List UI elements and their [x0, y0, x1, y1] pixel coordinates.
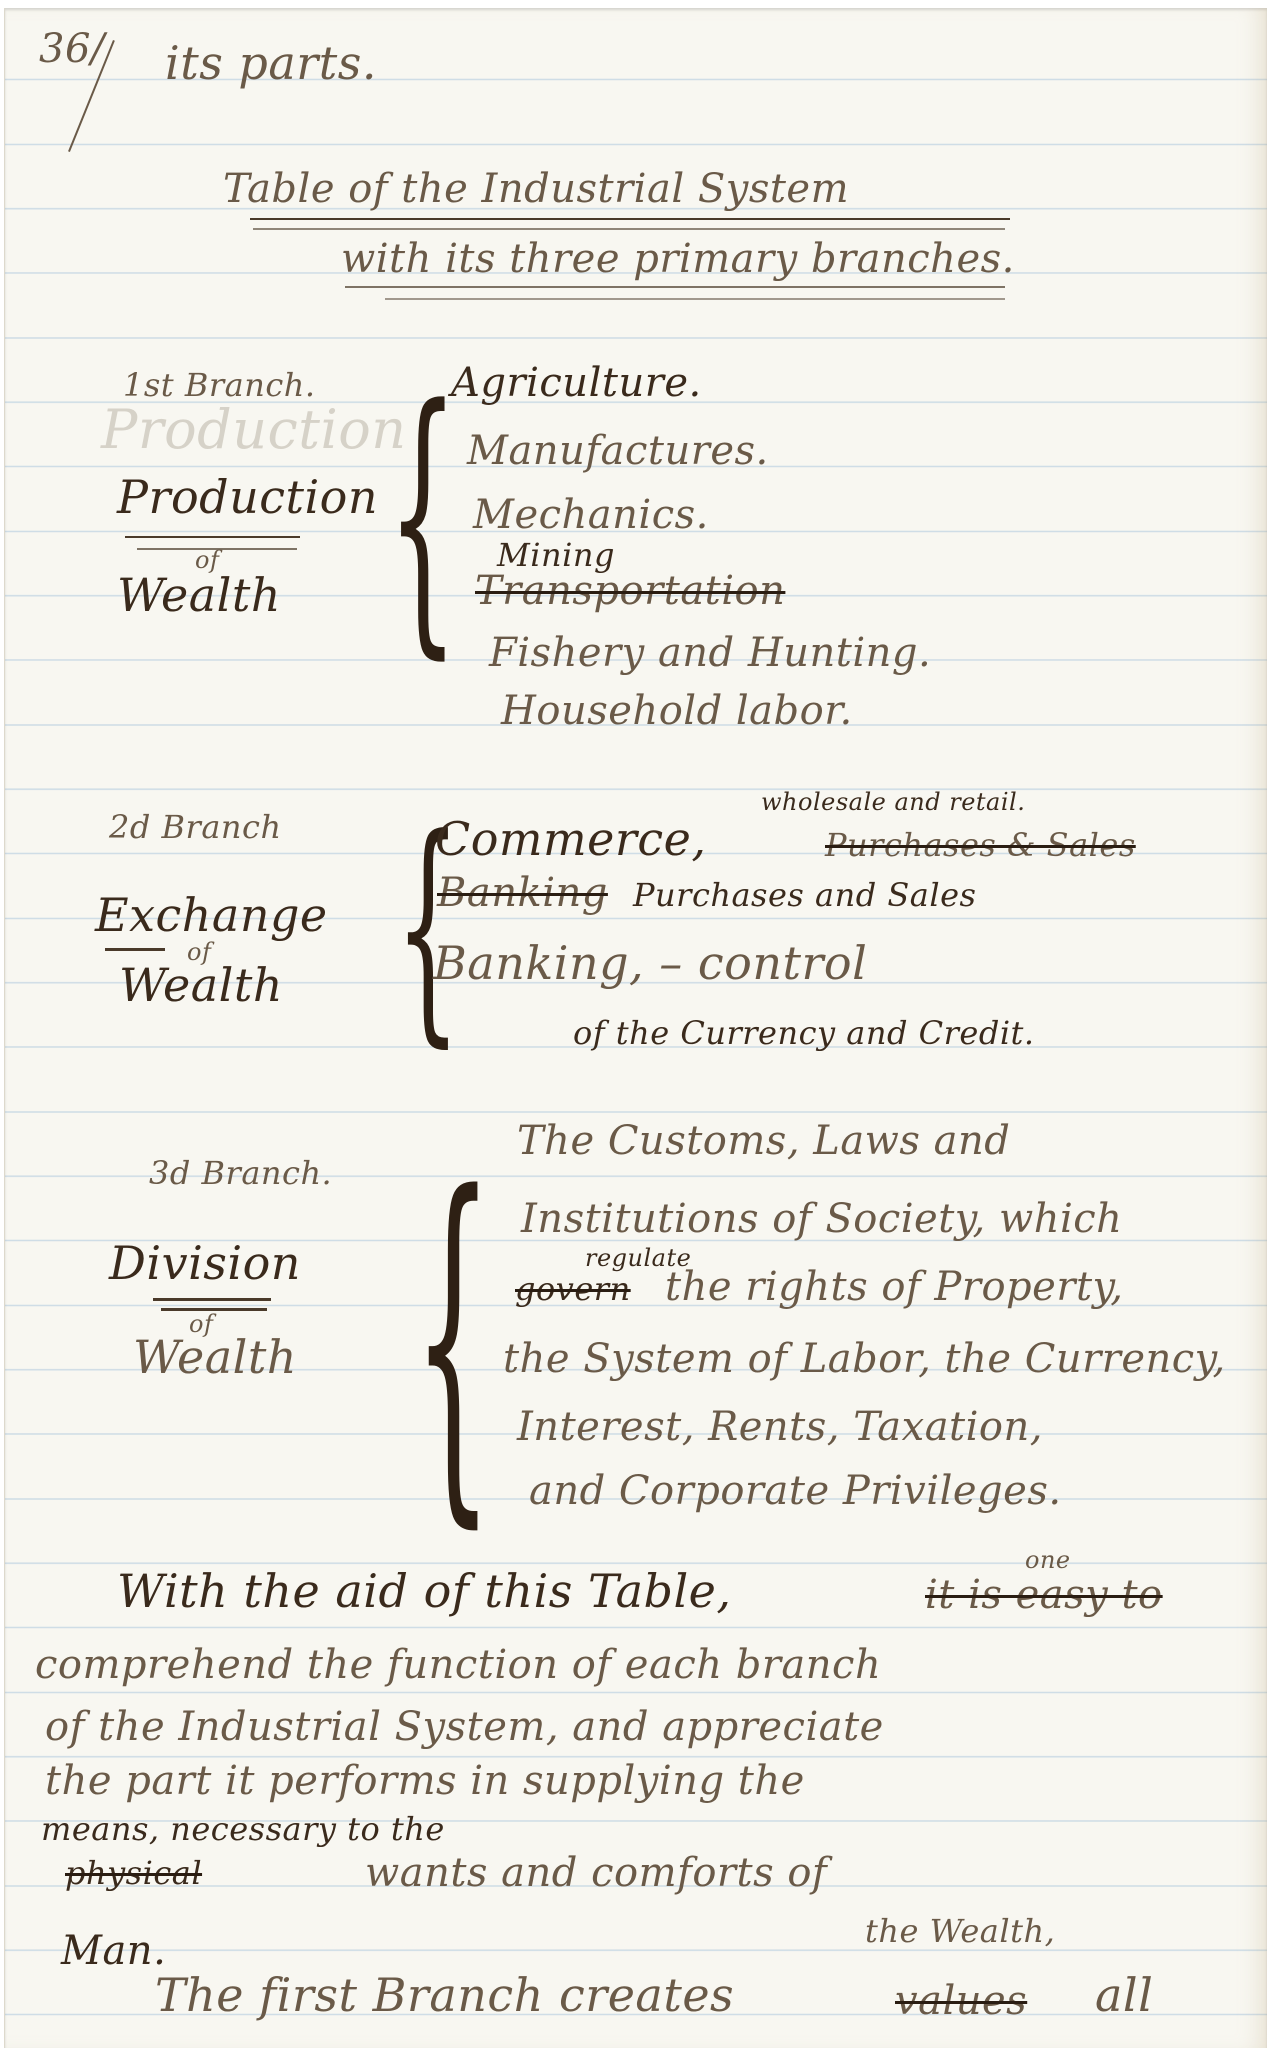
brace-icon: { — [387, 348, 459, 683]
production-item: Mechanics. — [473, 492, 709, 538]
division-line: the System of Labor, the Currency, — [503, 1336, 1226, 1382]
exchange-struck: Banking — [437, 870, 608, 916]
paragraph-struck: physical — [65, 1854, 202, 1892]
branch-3-name: Division — [109, 1236, 301, 1290]
title-underline-1 — [250, 218, 1010, 220]
branch-2-object: Wealth — [119, 958, 283, 1012]
paragraph-insert: means, necessary to the — [41, 1810, 445, 1848]
production-item: Household labor. — [501, 688, 853, 734]
branch-2-ordinal: 2d Branch — [109, 808, 282, 846]
branch-1-object: Wealth — [117, 568, 281, 622]
exchange-line: Commerce, — [435, 812, 706, 866]
branch-2-name: Exchange — [95, 888, 328, 942]
branch-1-ordinal: 1st Branch. — [123, 366, 316, 404]
paragraph-line: The first Branch creates — [155, 1968, 734, 2022]
exchange-line: of the Currency and Credit. — [573, 1014, 1035, 1052]
paragraph-struck: it is easy to — [925, 1572, 1163, 1618]
exchange-line: Purchases and Sales — [633, 876, 976, 914]
paragraph-insert: the Wealth, — [865, 1912, 1055, 1950]
branch-1-underline — [125, 536, 300, 538]
title-underline-1b — [253, 228, 1005, 230]
branch-2-underline — [105, 948, 165, 951]
pencil-ghost-text: Production — [101, 398, 407, 461]
title-line-2: with its three primary branches. — [341, 236, 1015, 282]
paragraph-line: wants and comforts of — [365, 1850, 827, 1896]
paragraph-line: With the aid of this Table, — [117, 1564, 732, 1618]
branch-3-ordinal: 3d Branch. — [149, 1154, 332, 1192]
production-item: Fishery and Hunting. — [489, 630, 931, 676]
division-line: The Customs, Laws and — [517, 1118, 1010, 1164]
branch-3-object: Wealth — [133, 1330, 297, 1384]
division-line: Interest, Rents, Taxation, — [517, 1404, 1043, 1450]
paragraph-line: comprehend the function of each branch — [35, 1642, 881, 1688]
division-line: Institutions of Society, which — [521, 1196, 1122, 1242]
paragraph-line: Man. — [61, 1928, 166, 1974]
paragraph-struck: values — [895, 1978, 1027, 2024]
manuscript-page: 36/ its parts. Table of the Industrial S… — [4, 8, 1267, 2048]
branch-1-name: Production — [117, 470, 378, 524]
paragraph-line: of the Industrial System, and appreciate — [45, 1704, 884, 1750]
brace-icon: { — [413, 1118, 493, 1558]
division-struck: govern — [515, 1270, 631, 1308]
title-line-1: Table of the Industrial System — [223, 166, 849, 212]
continuation-text: its parts. — [165, 36, 377, 90]
branch-3-underline-b — [161, 1308, 267, 1311]
production-item: Manufactures. — [467, 428, 769, 474]
page-number: 36/ — [39, 26, 105, 72]
exchange-struck: Purchases & Sales — [825, 826, 1136, 864]
exchange-insert: wholesale and retail. — [761, 788, 1025, 816]
title-underline-2b — [385, 298, 1005, 300]
production-item: Agriculture. — [451, 360, 702, 406]
division-line: and Corporate Privileges. — [529, 1468, 1062, 1514]
branch-3-underline — [153, 1298, 271, 1301]
production-item-struck: Transportation — [475, 568, 785, 614]
paragraph-line: the part it performs in supplying the — [45, 1758, 805, 1804]
title-underline-2 — [345, 286, 1005, 288]
division-line: the rights of Property, — [665, 1264, 1124, 1310]
paragraph-tail: all — [1095, 1968, 1153, 2022]
exchange-line: Banking, – control — [433, 936, 867, 990]
paragraph-insert: one — [1025, 1546, 1071, 1574]
